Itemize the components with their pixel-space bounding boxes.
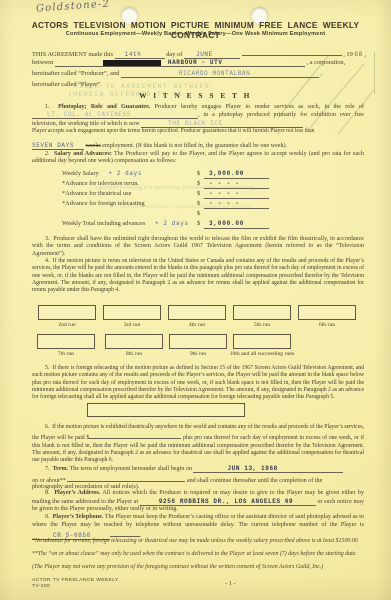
para-text: If there is foreign telecasting of the m… xyxy=(32,365,364,400)
dollar-sign: $ xyxy=(197,220,200,227)
scanned-contract-page: RIDER TO AGREEMENT BETWEEN (HEREIN REFER… xyxy=(0,0,391,600)
typed-amount: - - - - xyxy=(209,190,240,197)
paragraph-6: 6. If the motion picture is exhibited th… xyxy=(32,424,364,464)
rerun-cell: 2nd run xyxy=(37,305,97,328)
para-number: 1. xyxy=(45,104,50,110)
form-identifier: ACTOR TV FREELANCE WEEKLY TV-200 xyxy=(32,578,119,590)
footnote-2: **The “on or about clause” may only be u… xyxy=(32,551,372,558)
salary-label: *Advance for television rerun. xyxy=(62,180,139,187)
paragraph-5: 5. If there is foreign telecasting of th… xyxy=(32,365,364,401)
salary-row: Weekly Total including advances + 2 days… xyxy=(32,220,332,230)
agreement-text: THIS AGREEMENT made this xyxy=(32,51,113,58)
rerun-label: 2nd run xyxy=(37,322,97,328)
typed-year: 68 xyxy=(354,51,362,58)
typed-working-title: THE BLACK ICE xyxy=(154,120,223,127)
amount-field: 3,000.00 xyxy=(204,220,269,229)
between-line: between HARBOUR - UTV , a corporation, xyxy=(32,59,364,67)
producer-clause: hereinafter called “Producer”, and xyxy=(32,70,119,77)
paragraph-7-line1: 7. Term. The term of employment hereunde… xyxy=(32,465,364,473)
rerun-amount-box xyxy=(168,305,226,320)
salary-row: $ xyxy=(32,210,332,220)
amount-field: - - - - xyxy=(204,200,269,209)
between-label: between xyxy=(32,59,53,66)
salary-label: Weekly Total including advances xyxy=(62,220,145,227)
working-title-field: THE BLACK ICE xyxy=(141,120,303,128)
rerun-cell: 5th run xyxy=(232,305,292,328)
salary-row: *Advance for television rerun. $ - - - - xyxy=(32,180,332,190)
rerun-amount-box xyxy=(103,305,161,320)
paragraph-3: 3. Producer shall have the unlimited rig… xyxy=(32,236,364,258)
footnote-3: (The Player may not waive any provision … xyxy=(32,564,372,571)
para-number: 8. xyxy=(45,490,50,496)
agreement-text: , 19 xyxy=(343,51,353,58)
typed-day: 14th xyxy=(115,51,142,58)
amount-field: 3,000.00 xyxy=(204,170,269,179)
paragraph-1: 1. Photoplay; Role and Guarantee. Produc… xyxy=(32,104,364,136)
player-clause: hereinafter called “Player”. xyxy=(32,81,102,88)
producer-name-field: HARBOUR - UTV xyxy=(55,59,305,67)
handwritten-note: Goldstone-2 xyxy=(36,0,111,15)
agreement-date-line: THIS AGREEMENT made this 14th day of JUN… xyxy=(32,48,364,59)
dollar-sign: $ xyxy=(197,190,200,197)
para-text: If the motion picture is rerun on televi… xyxy=(32,258,364,293)
rerun-label: 9th run xyxy=(168,351,228,357)
para-number: 6. xyxy=(45,424,49,430)
para-text: Producer shall have the unlimited right … xyxy=(32,236,364,257)
rerun-label: 8th run xyxy=(104,351,164,357)
rerun-amount-box xyxy=(233,334,291,349)
guarantee-field: SEVEN DAYS xyxy=(32,142,84,150)
para-number: 7. xyxy=(45,466,50,472)
para-text: employment. (If this blank is not filled… xyxy=(102,143,287,149)
filler-blank xyxy=(110,529,140,537)
para-label: Player’s Telephone. xyxy=(53,514,104,520)
typed-extra-days: + 2 days xyxy=(108,170,142,177)
salary-row: *Advance for theatrical use $ - - - - xyxy=(32,190,332,200)
rerun-label: 7th run xyxy=(36,351,96,357)
para-label: Photoplay; Role and Guarantee. xyxy=(58,104,150,110)
producer-clause-line: hereinafter called “Producer”, and RICAR… xyxy=(32,70,364,78)
address-field: 9256 ROBBINS DR., LOS ANGELES 69 xyxy=(140,498,316,506)
para-number: 4. xyxy=(45,258,49,264)
paragraph-8: 8. Player’s Address. All notices which t… xyxy=(32,490,364,514)
paragraph-9: 9. Player’s Telephone. The Player must k… xyxy=(32,514,364,541)
typed-month: JUNE xyxy=(184,51,213,58)
paragraph-4: 4. If the motion picture is rerun on tel… xyxy=(32,258,364,294)
amount-field xyxy=(204,210,269,218)
para-label: Player’s Address. xyxy=(54,490,100,496)
rerun-amount-box xyxy=(38,305,96,320)
rerun-cell: 4th run xyxy=(167,305,227,328)
para-number: 5. xyxy=(45,365,49,371)
rerun-cell: 6th run xyxy=(297,305,357,328)
para-number: 3. xyxy=(45,236,50,242)
rerun-cell: 8th run xyxy=(104,334,164,357)
rerun-amount-box xyxy=(233,305,291,320)
filler-blank xyxy=(242,48,342,56)
rerun-label: 3rd run xyxy=(102,322,162,328)
role-field: LT. COL. AL CAVINESS xyxy=(32,111,198,119)
rerun-amount-box xyxy=(298,305,356,320)
typed-amount: - - - - xyxy=(209,180,240,187)
para-label: Salary and Advances: xyxy=(54,151,112,157)
footnote-1: *No advance for re-runs, foreign telecas… xyxy=(32,538,372,545)
typed-start-date: JUN 13, 1968 xyxy=(193,465,277,472)
bleed-rule xyxy=(374,52,375,94)
rerun-amount-box xyxy=(105,334,163,349)
struck-weeks-word: weeks xyxy=(86,143,101,149)
agreement-text: day of xyxy=(166,51,182,58)
day-blank-field: 14th xyxy=(115,51,165,59)
paragraph-2: 2. Salary and Advances: The Producer wil… xyxy=(32,151,364,166)
typed-address: 9256 ROBBINS DR., LOS ANGELES 69 xyxy=(153,498,293,505)
dollar-sign: $ xyxy=(197,200,200,207)
para-number: 9. xyxy=(45,514,50,520)
rerun-label: 4th run xyxy=(167,322,227,328)
typed-amount: 3,000.00 xyxy=(209,170,244,177)
player-clause-line: hereinafter called “Player”. xyxy=(32,81,364,89)
salary-label: *Advance for theatrical use xyxy=(62,190,131,197)
para-text: Producer hereby engages Player to render… xyxy=(155,104,364,110)
theatrical-amount-field xyxy=(89,431,181,439)
contract-subtitle: Continuous Employment—Weekly Basis—Weekl… xyxy=(18,31,373,37)
para-text: , in a photoplay produced primarily for … xyxy=(198,112,336,118)
start-date-field: JUN 13, 1968 xyxy=(193,465,343,473)
month-blank-field: JUNE xyxy=(184,51,240,59)
guarantee-line: SEVEN DAYS weeks employment. (If this bl… xyxy=(32,142,364,150)
typed-guarantee: SEVEN DAYS xyxy=(32,142,74,149)
para-label: Term. xyxy=(53,466,69,472)
rerun-cell: 7th run xyxy=(36,334,96,357)
rerun-cell: 10th and all succeeding runs xyxy=(227,334,297,357)
rerun-label: 6th run xyxy=(297,322,357,328)
typed-role: LT. COL. AL CAVINESS xyxy=(45,111,131,118)
page-number: - 1 - xyxy=(225,580,236,587)
contract-title: ACTORS TELEVISION MOTION PICTURE MINIMUM… xyxy=(18,20,373,40)
typed-amount: - - - - xyxy=(209,200,240,207)
redaction-bar xyxy=(103,60,161,67)
typed-player-name: RICARDO MONTALBAN xyxy=(121,70,250,77)
dollar-sign: $ xyxy=(197,210,200,217)
corporation-text: , a corporation, xyxy=(307,59,346,66)
salary-label: Weekly Salary xyxy=(62,170,99,177)
comma-text: , xyxy=(321,70,323,77)
typed-amount: 3,000.00 xyxy=(209,220,244,227)
amount-field: - - - - xyxy=(204,190,269,199)
dollar-sign: $ xyxy=(197,170,200,177)
rerun-amount-box xyxy=(37,334,95,349)
typed-producer-name: HARBOUR - UTV xyxy=(168,59,223,66)
on-or-about-field xyxy=(67,474,185,482)
salary-label: *Advance for foreign telecasting xyxy=(62,200,145,207)
salary-row: *Advance for foreign telecasting $ - - -… xyxy=(32,200,332,210)
rerun-amount-box xyxy=(169,334,227,349)
rerun-label: 5th run xyxy=(232,322,292,328)
typed-extra-days: + 2 days xyxy=(155,220,189,227)
para-text: Player accepts such engagement upon the … xyxy=(32,128,341,135)
salary-row: Weekly Salary + 2 days $ 3,000.00 xyxy=(32,170,332,180)
witnesseth-heading: W I T N E S S E T H xyxy=(0,91,391,100)
player-name-field: RICARDO MONTALBAN xyxy=(121,70,319,78)
agreement-text: , xyxy=(364,51,366,58)
para-number: 2. xyxy=(45,151,50,157)
rerun-cell: 3rd run xyxy=(102,305,162,328)
rerun-label: 10th and all succeeding runs xyxy=(227,351,297,357)
form-number: TV-200 xyxy=(32,584,119,590)
para-text: The term of employment hereunder shall b… xyxy=(70,466,192,472)
dollar-sign: $ xyxy=(197,180,200,187)
rerun-cell: 9th run xyxy=(168,334,228,357)
foreign-telecast-amount-box xyxy=(87,403,245,417)
amount-field: - - - - xyxy=(204,180,269,189)
